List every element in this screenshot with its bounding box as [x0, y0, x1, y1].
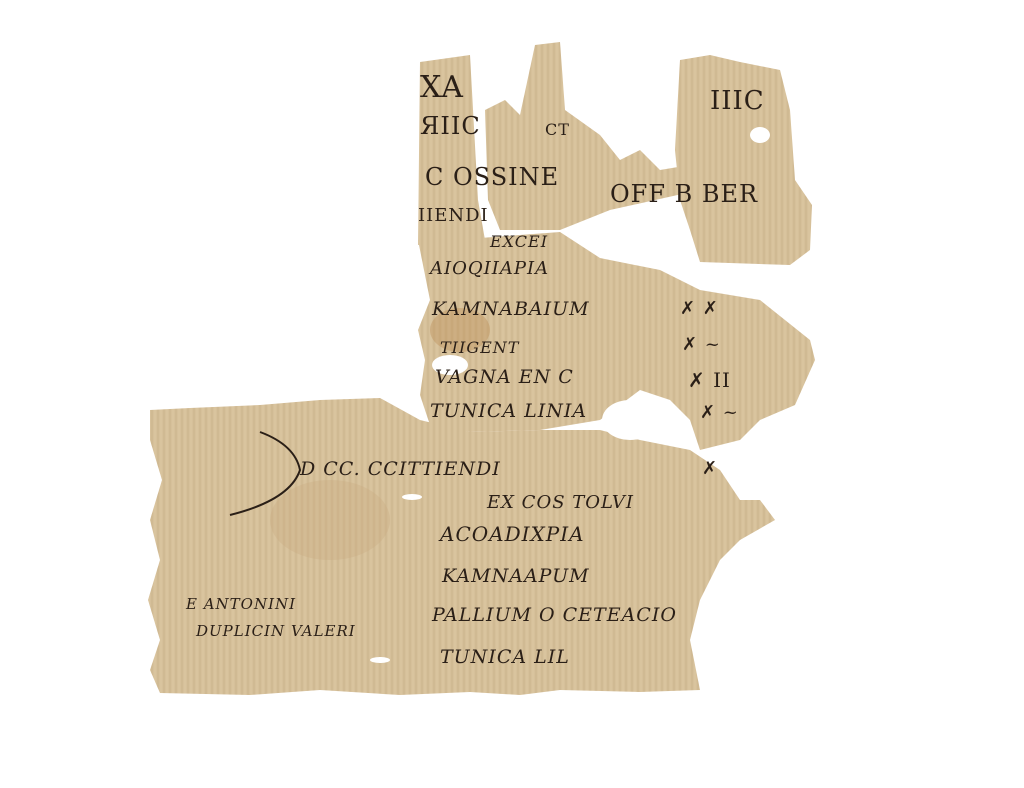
text-line: D CC. CCITTIENDI	[300, 458, 501, 480]
text-line: OFF B BER	[610, 180, 758, 208]
text-line: TIIGENT	[440, 338, 519, 357]
text-line: E ANTONINI	[186, 595, 296, 613]
text-line: AIOQIIAPIA	[430, 258, 549, 279]
text-line: TUNICA LIL	[440, 646, 570, 668]
text-line: CT	[545, 120, 570, 139]
text-line: IIIC	[710, 86, 765, 116]
text-line: KAMNABAIUM	[432, 298, 590, 320]
tally-mark: ✗ ~	[682, 334, 721, 355]
papyrus-fragment	[0, 0, 1024, 788]
text-line: EXCEI	[490, 232, 548, 251]
tally-mark: ✗	[702, 458, 718, 479]
text-line: VAGNA EN C	[435, 366, 574, 388]
text-line: EX COS TOLVI	[487, 492, 634, 513]
tally-mark: ✗ ✗	[680, 298, 719, 319]
text-line: DUPLICIN VALERI	[196, 622, 356, 640]
text-line: KAMNAAPUM	[442, 565, 590, 587]
text-line: ACOADIXPIA	[440, 522, 585, 546]
text-line: TUNICA LINIA	[430, 400, 587, 422]
text-line: ЯIIC	[420, 112, 481, 140]
text-line: C OSSINE	[425, 163, 559, 191]
text-line: PALLIUM O CETEACIO	[432, 604, 677, 626]
text-line: IIENDI	[418, 205, 489, 226]
tally-mark: ✗ ~	[700, 402, 739, 423]
papyrus-photo: XA IIIC ЯIIC CT C OSSINE OFF B BER IIEND…	[0, 0, 1024, 788]
text-line: XA	[420, 70, 464, 105]
tally-mark: ✗ II	[688, 368, 731, 392]
